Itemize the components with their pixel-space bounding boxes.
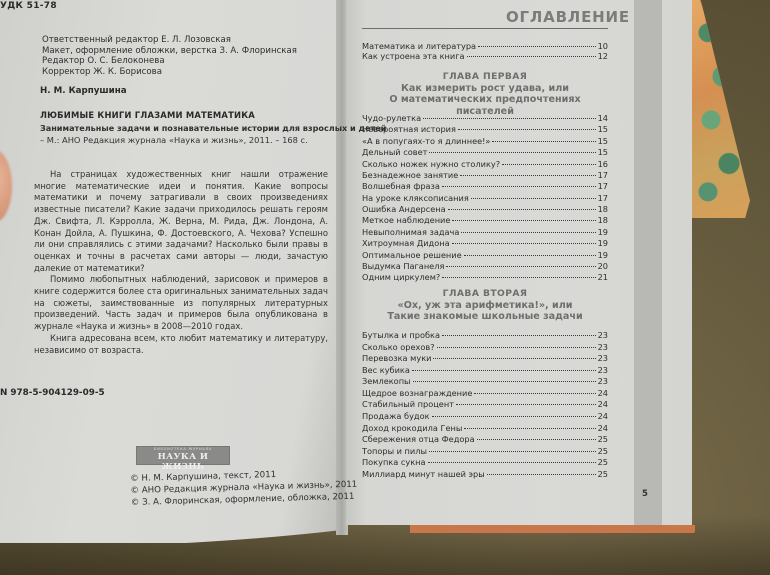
toc-entry-title: Сбережения отца Федора [362, 434, 475, 444]
toc-entry-page: 17 [598, 181, 608, 191]
dot-leader [464, 255, 596, 256]
toc-entry-title: Математика и литература [362, 41, 476, 51]
toc-entry: Чудо-рулетка14 [362, 113, 608, 123]
toc-entry-page: 21 [598, 272, 608, 282]
toc-intro-list: Математика и литература10Как устроена эт… [362, 41, 608, 61]
dot-leader [467, 56, 596, 57]
toc-entry-page: 25 [598, 457, 608, 467]
toc-entry: Вес кубика23 [362, 365, 608, 375]
toc-entry: Сколько ножек нужно столику?16 [362, 159, 608, 169]
toc-entry: Выдумка Паганеля20 [362, 261, 608, 271]
toc-entry-page: 10 [598, 41, 608, 51]
credit-line: Ответственный редактор Е. Л. Лозовская [42, 35, 297, 46]
toc-entry-title: Ошибка Андерсена [362, 204, 446, 214]
toc-entry: На уроке кляксописания17 [362, 193, 608, 203]
toc-entry: Как устроена эта книга12 [362, 51, 608, 61]
journal-logo-main: НАУКА И ЖИЗНЬ [137, 452, 229, 472]
credits-block: Ответственный редактор Е. Л. Лозовская М… [42, 35, 297, 77]
toc-entry-page: 23 [598, 353, 608, 363]
toc-entry-title: Сколько ножек нужно столику? [362, 159, 500, 169]
chapter-number: ГЛАВА ВТОРАЯ [362, 288, 608, 300]
toc-entry-page: 17 [598, 170, 608, 180]
annotation: На страницах художественных книг нашли о… [34, 169, 328, 356]
toc-entry-page: 15 [598, 147, 608, 157]
dot-leader [442, 277, 595, 278]
toc-entry-page: 25 [598, 434, 608, 444]
toc-entry-title: Невыполнимая задача [362, 227, 459, 237]
open-book: УДК 51-78 Ответственный редактор Е. Л. Л… [0, 0, 702, 555]
chapter-title-line: Как измерить рост удава, или [362, 83, 608, 95]
toc-entry-title: Хитроумная Дидона [362, 238, 450, 248]
toc-entry-title: Миллиард минут нашей эры [362, 469, 485, 479]
toc-entry-page: 23 [598, 342, 608, 352]
dot-leader [464, 428, 595, 429]
book-subtitle: Занимательные задачи и познавательные ис… [40, 123, 386, 133]
toc-entry-title: Бутылка и пробка [362, 330, 440, 340]
chapter-title-line: Такие знакомые школьные задачи [362, 311, 608, 323]
toc-entry: Безнадежное занятие17 [362, 170, 608, 180]
toc-entry-page: 18 [598, 215, 608, 225]
toc-entry-page: 24 [598, 388, 608, 398]
dot-leader [442, 335, 596, 336]
toc-entry-page: 14 [598, 113, 608, 123]
toc-entry-page: 15 [598, 136, 608, 146]
toc-entry: Дельный совет15 [362, 147, 608, 157]
toc-entry-title: «А в попугаях-то я длиннее!» [362, 136, 490, 146]
toc-entry-title: Волшебная фраза [362, 181, 440, 191]
dot-leader [448, 209, 596, 210]
dot-leader [412, 370, 596, 371]
dot-leader [458, 129, 596, 130]
annotation-paragraph: На страницах художественных книг нашли о… [34, 169, 328, 274]
dot-leader [446, 266, 595, 267]
toc-entry: Стабильный процент24 [362, 399, 608, 409]
copyrights: © Н. М. Карпушина, текст, 2011 © АНО Ред… [130, 467, 358, 510]
page-number: 5 [642, 489, 648, 499]
toc-entry-title: Вес кубика [362, 365, 410, 375]
toc-entry: Оптимальное решение19 [362, 250, 608, 260]
toc-entry-title: Продажа будок [362, 411, 430, 421]
page-side-band [634, 0, 662, 525]
toc-entry: Меткое наблюдение18 [362, 215, 608, 225]
chapter-heading-2: ГЛАВА ВТОРАЯ «Ох, уж эта арифметика!», и… [362, 288, 608, 323]
dot-leader [492, 141, 595, 142]
toc-entry-title: Безнадежное занятие [362, 170, 458, 180]
toc-entry-page: 19 [598, 238, 608, 248]
credit-line: Корректор Ж. К. Борисова [42, 67, 297, 78]
toc-chapter-2-list: Бутылка и пробка23Сколько орехов?23Перев… [362, 330, 608, 481]
dot-leader [456, 404, 596, 405]
toc-entry-title: Меткое наблюдение [362, 215, 450, 225]
dot-leader [433, 358, 595, 359]
toc-entry: Волшебная фраза17 [362, 181, 608, 191]
toc-entry-title: Дельный совет [362, 147, 427, 157]
toc-entry: Бутылка и пробка23 [362, 330, 608, 340]
dot-leader [432, 416, 596, 417]
dot-leader [428, 462, 596, 463]
toc-entry-page: 19 [598, 250, 608, 260]
toc-entry: Сколько орехов?23 [362, 342, 608, 352]
dot-leader [474, 393, 595, 394]
dot-leader [460, 175, 595, 176]
chapter-number: ГЛАВА ПЕРВАЯ [362, 71, 608, 83]
toc-entry-title: Выдумка Паганеля [362, 261, 444, 271]
toc-entry: Ошибка Андерсена18 [362, 204, 608, 214]
annotation-paragraph: Помимо любопытных наблюдений, зарисовок … [34, 274, 328, 333]
author-name: Н. М. Карпушина [40, 86, 127, 96]
dot-leader [442, 186, 596, 187]
toc-entry-title: Чудо-рулетка [362, 113, 421, 123]
toc-divider [362, 28, 608, 29]
toc-entry: Топоры и пилы25 [362, 446, 608, 456]
toc-entry: Доход крокодила Гены24 [362, 423, 608, 433]
toc-entry-page: 19 [598, 227, 608, 237]
book-title: ЛЮБИМЫЕ КНИГИ ГЛАЗАМИ МАТЕМАТИКА [40, 110, 255, 120]
toc-entry-page: 25 [598, 469, 608, 479]
credit-line: Макет, оформление обложки, верстка З. А.… [42, 46, 297, 57]
toc-entry-page: 16 [598, 159, 608, 169]
chapter-title-line: «Ох, уж эта арифметика!», или [362, 300, 608, 312]
isbn: N 978-5-904129-09-5 [0, 388, 105, 398]
dot-leader [452, 243, 596, 244]
udk-code: УДК 51-78 [0, 1, 57, 11]
toc-entry: Сбережения отца Федора25 [362, 434, 608, 444]
toc-entry: Щедрое вознаграждение24 [362, 388, 608, 398]
toc-entry-page: 17 [598, 193, 608, 203]
chapter-heading-1: ГЛАВА ПЕРВАЯ Как измерить рост удава, ил… [362, 71, 608, 118]
toc-entry-page: 23 [598, 376, 608, 386]
dot-leader [429, 152, 595, 153]
dot-leader [437, 347, 596, 348]
dot-leader [487, 474, 596, 475]
toc-entry-page: 25 [598, 446, 608, 456]
toc-entry: Хитроумная Дидона19 [362, 238, 608, 248]
toc-entry: Продажа будок24 [362, 411, 608, 421]
toc-entry-title: Стабильный процент [362, 399, 454, 409]
toc-entry-title: Оптимальное решение [362, 250, 462, 260]
toc-entry-title: Невероятная история [362, 124, 456, 134]
dot-leader [478, 46, 596, 47]
dot-leader [452, 220, 595, 221]
toc-entry: Невыполнимая задача19 [362, 227, 608, 237]
toc-entry-page: 20 [598, 261, 608, 271]
toc-entry: «А в попугаях-то я длиннее!»15 [362, 136, 608, 146]
toc-entry-title: Щедрое вознаграждение [362, 388, 472, 398]
annotation-paragraph: Книга адресована всем, кто любит математ… [34, 333, 328, 356]
toc-entry-page: 18 [598, 204, 608, 214]
toc-entry-page: 24 [598, 411, 608, 421]
toc-entry-title: Сколько орехов? [362, 342, 435, 352]
dot-leader [413, 381, 596, 382]
dot-leader [502, 164, 595, 165]
toc-entry-title: Покупка сукна [362, 457, 426, 467]
toc-entry-title: Одним циркулем? [362, 272, 440, 282]
toc-entry-title: Перевозка муки [362, 353, 431, 363]
publication-info: – М.: АНО Редакция журнала «Наука и жизн… [40, 135, 308, 145]
toc-entry-page: 23 [598, 365, 608, 375]
toc-entry: Землекопы23 [362, 376, 608, 386]
toc-entry-page: 12 [598, 51, 608, 61]
toc-title: ОГЛАВЛЕНИЕ [506, 8, 630, 26]
toc-entry-page: 15 [598, 124, 608, 134]
toc-entry-page: 24 [598, 423, 608, 433]
toc-entry-title: Топоры и пилы [362, 446, 427, 456]
book-cover-edge [410, 525, 695, 533]
toc-entry-title: Доход крокодила Гены [362, 423, 462, 433]
toc-entry: Математика и литература10 [362, 41, 608, 51]
toc-entry-title: На уроке кляксописания [362, 193, 469, 203]
toc-entry-page: 24 [598, 399, 608, 409]
dot-leader [429, 451, 596, 452]
toc-entry: Миллиард минут нашей эры25 [362, 469, 608, 479]
credit-line: Редактор О. С. Белоконева [42, 56, 297, 67]
toc-entry: Одним циркулем?21 [362, 272, 608, 282]
toc-entry: Перевозка муки23 [362, 353, 608, 363]
journal-logo: БИБЛИОТЕКА ЖУРНАЛА НАУКА И ЖИЗНЬ [136, 446, 230, 465]
dot-leader [477, 439, 596, 440]
dot-leader [423, 118, 595, 119]
toc-entry: Невероятная история15 [362, 124, 608, 134]
toc-entry: Покупка сукна25 [362, 457, 608, 467]
dot-leader [461, 232, 595, 233]
toc-entry-title: Землекопы [362, 376, 411, 386]
toc-entry-page: 23 [598, 330, 608, 340]
toc-entry-title: Как устроена эта книга [362, 51, 465, 61]
toc-chapter-1-list: Чудо-рулетка14Невероятная история15«А в … [362, 113, 608, 284]
dot-leader [471, 198, 596, 199]
